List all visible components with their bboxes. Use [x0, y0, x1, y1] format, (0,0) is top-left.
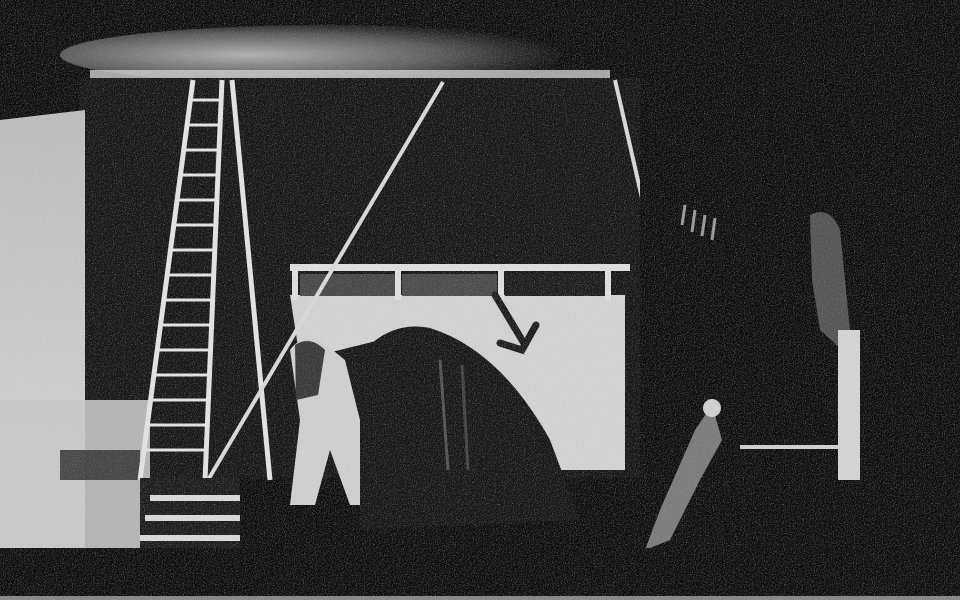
- stage-photograph: [0, 0, 960, 600]
- ship-deck-railing: [290, 264, 630, 300]
- stage-steps: [140, 478, 240, 548]
